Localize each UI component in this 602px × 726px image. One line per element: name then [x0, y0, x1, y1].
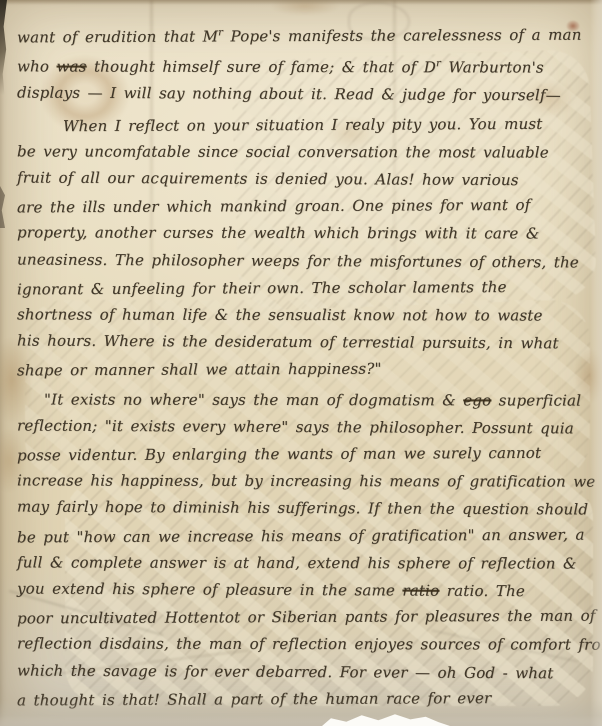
letter-line: reflection; "it exists every where" says… — [17, 412, 591, 442]
letter-text: who — [17, 58, 57, 76]
letter-text: uneasiness. The philosopher weeps for th… — [17, 250, 579, 271]
letter-line: fruit of all our acquirements is denied … — [17, 165, 591, 195]
letter-text: be put "how can we increase his means of… — [17, 525, 585, 546]
letter-line: his hours. Where is the desideratum of t… — [17, 328, 591, 358]
letter-text: his hours. Where is the desideratum of t… — [17, 332, 559, 353]
letter-text: reflection; "it exists every where" says… — [17, 416, 574, 437]
page-edge-left-tear — [0, 0, 7, 95]
letter-line: are the ills under which mankind groan. … — [17, 192, 591, 222]
struck-word: ratio — [402, 582, 439, 600]
letter-text: When I reflect on your situation I realy… — [63, 114, 543, 134]
letter-text: increase his happiness, but by increasin… — [17, 472, 595, 491]
letter-text: which the savage is for ever debarred. F… — [17, 661, 554, 682]
letter-text: ratio. The — [439, 582, 525, 600]
letter-text: poor uncultivated Hottentot or Siberian … — [17, 607, 596, 628]
letter-line: property, another curses the wealth whic… — [17, 220, 591, 248]
letter-line: full & complete answer is at hand, exten… — [17, 549, 591, 577]
letter-text: shortness of human life & the sensualist… — [17, 305, 543, 324]
letter-text: "It exists no where" says the man of dog… — [44, 390, 463, 409]
letter-text: want of erudition that M — [17, 27, 218, 46]
letter-text: reflection disdains, the man of reflecti… — [17, 635, 602, 654]
letter-line: posse videntur. By enlarging the wants o… — [17, 440, 591, 470]
page-edge-left-nick — [0, 186, 5, 228]
letter-line: be put "how can we increase his means of… — [17, 521, 591, 551]
letter-text: superficial — [491, 391, 581, 409]
letter-lines: want of erudition that Mr Pope's manifes… — [17, 19, 591, 713]
letter-text: fruit of all our acquirements is denied … — [17, 169, 519, 190]
letter-text: be very uncomfatable since social conver… — [17, 142, 549, 161]
letter-line: shortness of human life & the sensualist… — [17, 301, 591, 329]
letter-line: "It exists no where" says the man of dog… — [17, 386, 591, 414]
letter-text: are the ills under which mankind groan. … — [17, 196, 531, 217]
stain — [262, 0, 348, 18]
struck-word: was — [56, 58, 86, 76]
letter-line: ignorant & unfeeling for their own. The … — [17, 273, 591, 303]
letter-line: uneasiness. The philosopher weeps for th… — [17, 246, 591, 276]
letter-page: want of erudition that Mr Pope's manifes… — [0, 0, 602, 726]
letter-line: may fairly hope to diminish his sufferin… — [17, 494, 591, 524]
letter-line: you extend his sphere of pleasure in the… — [17, 576, 591, 606]
letter-text: full & complete answer is at hand, exten… — [17, 553, 577, 572]
letter-line: displays — I will say nothing about it. … — [17, 80, 591, 110]
letter-text: property, another curses the wealth whic… — [17, 224, 539, 243]
letter-text: ignorant & unfeeling for their own. The … — [17, 278, 507, 298]
letter-line: be very uncomfatable since social conver… — [17, 138, 591, 166]
letter-text: may fairly hope to diminish his sufferin… — [17, 498, 588, 519]
struck-word: ego — [463, 391, 491, 409]
letter-line: who was thought himself sure of fame; & … — [17, 50, 591, 82]
letter-text: displays — I will say nothing about it. … — [17, 84, 561, 105]
letter-line: a thought is that! Shall a part of the h… — [17, 684, 591, 714]
letter-line: When I reflect on your situation I realy… — [17, 110, 591, 140]
letter-line: shape or manner shall we attain happines… — [17, 355, 591, 385]
letter-line: want of erudition that Mr Pope's manifes… — [17, 18, 591, 52]
letter-text: Pope's manifests the carelessness of a m… — [223, 26, 581, 46]
letter-line: reflection disdains, the man of reflecti… — [17, 631, 591, 659]
letter-text: posse videntur. By enlarging the wants o… — [17, 444, 541, 465]
letter-line: which the savage is for ever debarred. F… — [17, 657, 591, 687]
torn-edge-notch — [322, 711, 450, 726]
letter-text: you extend his sphere of pleasure in the… — [17, 580, 402, 600]
letter-line: increase his happiness, but by increasin… — [17, 468, 591, 496]
letter-text: a thought is that! Shall a part of the h… — [17, 689, 492, 709]
letter-text: thought himself sure of fame; & that of … — [87, 58, 436, 77]
letter-text: shape or manner shall we attain happines… — [17, 360, 382, 380]
letter-line: poor uncultivated Hottentot or Siberian … — [17, 603, 591, 633]
page-edge-top — [0, 0, 602, 5]
letter-text: Warburton's — [441, 58, 544, 76]
